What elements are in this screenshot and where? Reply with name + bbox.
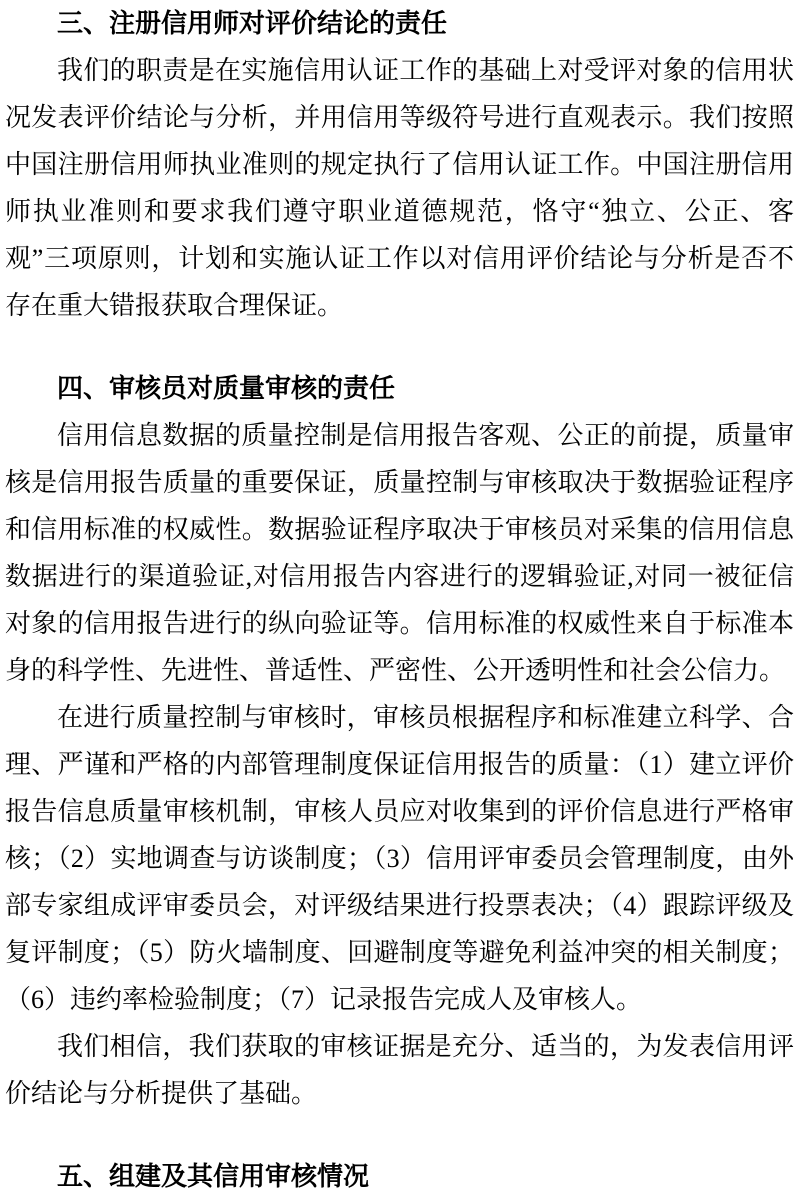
heading-section-5: 五、组建及其信用审核情况	[5, 1153, 794, 1195]
paragraph-quality-control-overview: 信用信息数据的质量控制是信用报告客观、公正的前提，质量审核是信用报告质量的重要保…	[5, 412, 794, 694]
paragraph-audit-evidence-statement: 我们相信，我们获取的审核证据是充分、适当的，为发表信用评价结论与分析提供了基础。	[5, 1023, 794, 1117]
paragraph-internal-management-systems: 在进行质量控制与审核时，审核员根据程序和标准建立科学、合理、严谨和严格的内部管理…	[5, 694, 794, 1023]
document-page: 三、注册信用师对评价结论的责任 我们的职责是在实施信用认证工作的基础上对受评对象…	[0, 0, 800, 1195]
heading-section-3: 三、注册信用师对评价结论的责任	[5, 0, 794, 47]
paragraph-registered-credit-analyst-responsibility: 我们的职责是在实施信用认证工作的基础上对受评对象的信用状况发表评价结论与分析，并…	[5, 47, 794, 329]
heading-section-4: 四、审核员对质量审核的责任	[5, 365, 794, 412]
